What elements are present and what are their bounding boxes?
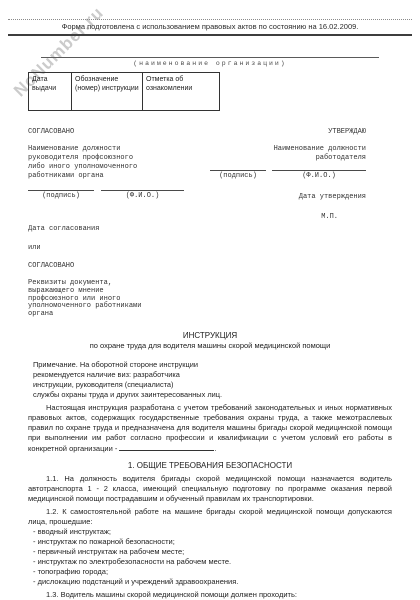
issue-table-col-date: Дата выдачи — [29, 73, 72, 111]
intro-paragraph: Настоящая инструкция разработана с учето… — [28, 403, 392, 454]
table-row: Дата выдачи Обозначение (номер) инструкц… — [29, 73, 220, 111]
stamp-place-label: М.П. — [196, 213, 338, 222]
approve-position-line: работодателя — [196, 154, 366, 163]
fio-caption: (Ф.И.О.) — [272, 170, 366, 181]
paragraph-1-3: 1.3. Водитель машины скорой медицинской … — [28, 590, 392, 600]
fio-caption: (Ф.И.О.) — [101, 190, 184, 201]
list-item: - вводный инструктаж; — [33, 527, 392, 537]
section-1-heading: 1. ОБЩИЕ ТРЕБОВАНИЯ БЕЗОПАСНОСТИ — [28, 461, 392, 471]
note-line: рекомендуется наличие виз: разработчика — [33, 370, 392, 380]
note-line: Примечание. На оборотной стороне инструк… — [33, 360, 392, 370]
approval-block: СОГЛАСОВАНО Наименование должности руков… — [28, 128, 392, 319]
list-item: - инструктаж по пожарной безопасности; — [33, 537, 392, 547]
intro-period: . — [214, 444, 216, 453]
paragraph-1-1: 1.1. На должность водителя бригады скоро… — [28, 474, 392, 504]
issue-table: Дата выдачи Обозначение (номер) инструкц… — [28, 72, 220, 111]
form-preparation-note: Форма подготовлена с использованием прав… — [8, 19, 412, 36]
organization-name-line — [41, 56, 379, 58]
agreed-position-line: руководителя профсоюзного — [28, 154, 194, 163]
list-item: - первичный инструктаж на рабочем месте; — [33, 547, 392, 557]
document-page: NoNumber.ru Форма подготовлена с использ… — [0, 0, 420, 600]
signature-caption: (подпись) — [210, 170, 266, 181]
paragraph-1-2: 1.2. К самостоятельной работе на машине … — [28, 507, 392, 527]
document-subtitle: по охране труда для водителя машины скор… — [28, 341, 392, 351]
document-title: ИНСТРУКЦИЯ — [28, 331, 392, 341]
agreed-position-line: Наименование должности — [28, 145, 194, 154]
approve-position-line: Наименование должности — [196, 145, 366, 154]
agreed-signature-row: (подпись) (Ф.И.О.) — [28, 190, 194, 201]
agreed-label: СОГЛАСОВАНО — [28, 128, 194, 137]
organization-fill-blank — [119, 443, 214, 451]
approve-signature-row: (подпись) (Ф.И.О.) — [196, 170, 366, 181]
agreed-label-2: СОГЛАСОВАНО — [28, 262, 194, 271]
note-line: службы охраны труда и других заинтересов… — [33, 390, 392, 400]
issue-table-col-ack: Отметка об ознакомлении — [143, 73, 220, 111]
note-block: Примечание. На оборотной стороне инструк… — [33, 360, 392, 400]
approval-date-label: Дата утверждения — [196, 193, 366, 202]
approve-column: УТВЕРЖДАЮ Наименование должности работод… — [196, 128, 392, 319]
or-label: или — [28, 244, 194, 253]
list-item: - дислокацию подстанций и учреждений здр… — [33, 577, 392, 587]
list-item: - топографию города; — [33, 567, 392, 577]
requisites-block: Реквизиты документа, выражающего мнение … — [28, 280, 194, 319]
approve-label: УТВЕРЖДАЮ — [196, 128, 366, 137]
list-item: - инструктаж по электробезопасности на р… — [33, 557, 392, 567]
issue-table-col-number: Обозначение (номер) инструкции — [72, 73, 143, 111]
agreement-date-label: Дата согласования — [28, 225, 194, 234]
agreed-column: СОГЛАСОВАНО Наименование должности руков… — [28, 128, 194, 319]
note-line: инструкции, руководителя (специалиста) — [33, 380, 392, 390]
signature-caption: (подпись) — [28, 190, 94, 201]
agreed-position-line: либо иного уполномоченного — [28, 163, 194, 172]
document-content: Форма подготовлена с использованием прав… — [0, 19, 420, 600]
organization-name-caption: (наименование организации) — [28, 60, 392, 67]
requisites-line: органа — [28, 311, 194, 319]
agreed-position-line: работниками органа — [28, 172, 194, 181]
requirements-list: - вводный инструктаж; - инструктаж по по… — [33, 527, 392, 587]
